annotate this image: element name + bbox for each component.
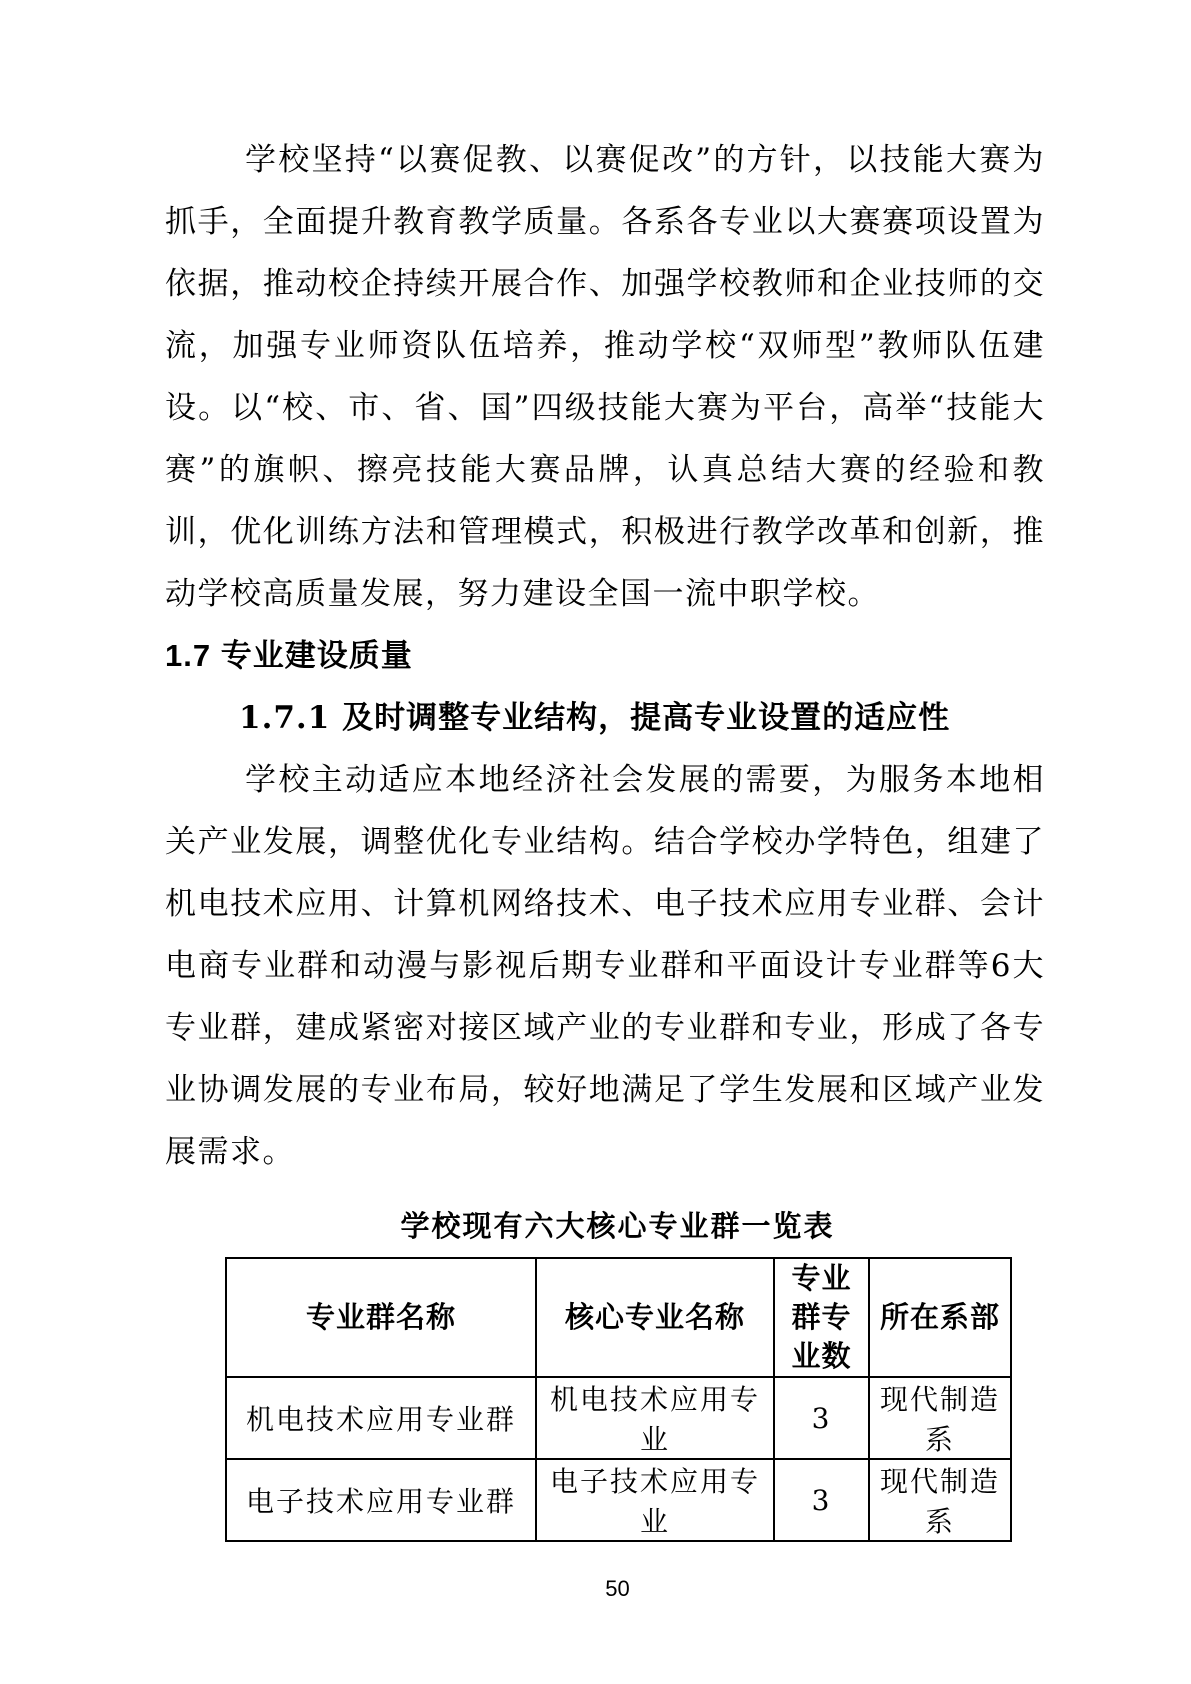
table-row: 电子技术应用专业群 电子技术应用专业 3 现代制造系: [226, 1459, 1011, 1541]
table-caption: 学校现有六大核心专业群一览表: [225, 1195, 1010, 1257]
table-header-row: 专业群名称 核心专业名称 专业群专业数 所在系部: [226, 1258, 1011, 1377]
col-header-core-major: 核心专业名称: [536, 1258, 774, 1377]
text-area: 学校坚持“以赛促教、以赛促改”的方针，以技能大赛为抓手，全面提升教育教学质量。各…: [165, 0, 1045, 1602]
cell-group-name: 机电技术应用专业群: [226, 1377, 536, 1459]
cell-group-name: 电子技术应用专业群: [226, 1459, 536, 1541]
cell-department: 现代制造系: [869, 1377, 1011, 1459]
cell-major-count: 3: [774, 1377, 869, 1459]
col-header-group-name: 专业群名称: [226, 1258, 536, 1377]
col-header-major-count: 专业群专业数: [774, 1258, 869, 1377]
table-row: 机电技术应用专业群 机电技术应用专业 3 现代制造系: [226, 1377, 1011, 1459]
section-heading-1-7: 1.7 专业建设质量: [165, 625, 1045, 687]
subsection-heading-1-7-1: 1.7.1 及时调整专业结构，提高专业设置的适应性: [165, 687, 1045, 749]
cell-department: 现代制造系: [869, 1459, 1011, 1541]
cell-core-major: 电子技术应用专业: [536, 1459, 774, 1541]
col-header-department: 所在系部: [869, 1258, 1011, 1377]
page-number: 50: [225, 1576, 1010, 1602]
document-page: 学校坚持“以赛促教、以赛促改”的方针，以技能大赛为抓手，全面提升教育教学质量。各…: [0, 0, 1191, 1684]
cell-core-major: 机电技术应用专业: [536, 1377, 774, 1459]
cell-major-count: 3: [774, 1459, 869, 1541]
paragraph-competition-policy: 学校坚持“以赛促教、以赛促改”的方针，以技能大赛为抓手，全面提升教育教学质量。各…: [165, 129, 1045, 625]
paragraph-major-groups: 学校主动适应本地经济社会发展的需要，为服务本地相关产业发展，调整优化专业结构。结…: [165, 749, 1045, 1183]
major-groups-table: 专业群名称 核心专业名称 专业群专业数 所在系部 机电技术应用专业群 机电技术应…: [225, 1257, 1012, 1542]
